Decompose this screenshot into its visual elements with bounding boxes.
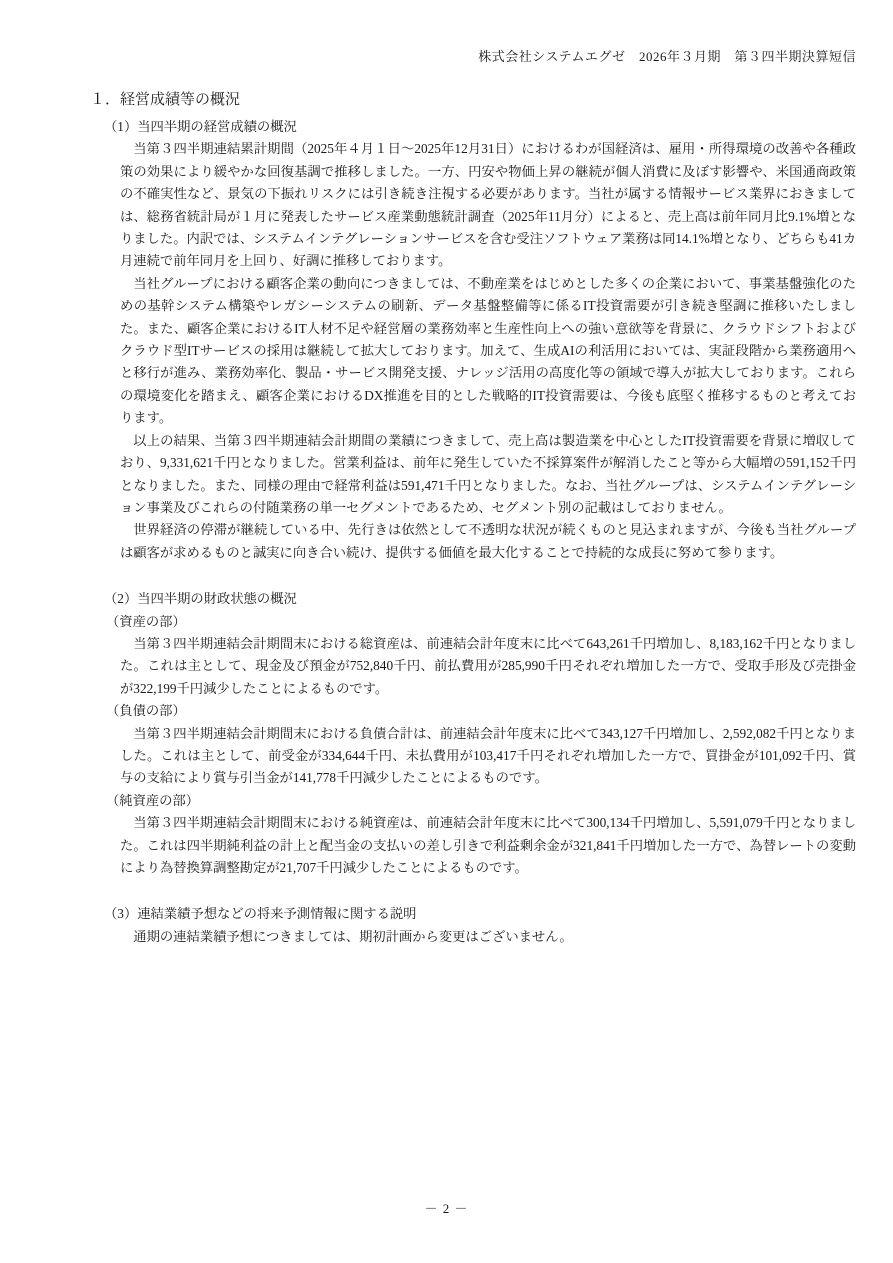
paragraph-results-figures: 以上の結果、当第３四半期連結会計期間の業績につきまして、売上高は製造業を中心とし… xyxy=(120,430,856,520)
subsection-3-title: （3）連結業績予想などの将来予測情報に関する説明 xyxy=(90,903,856,925)
paragraph-net-assets: 当第３四半期連結会計期間末における純資産は、前連結会計年度末に比べて300,13… xyxy=(120,812,856,879)
paragraph-outlook-statement: 世界経済の停滞が継続している中、先行きは依然として不透明な状況が続くものと見込ま… xyxy=(120,519,856,564)
paragraph-customer-trends: 当社グループにおける顧客企業の動向につきましては、不動産業をはじめとした多くの企… xyxy=(120,273,856,430)
paragraph-assets: 当第３四半期連結会計期間末における総資産は、前連結会計年度末に比べて643,26… xyxy=(120,633,856,700)
subsection-financial-position: （2）当四半期の財政状態の概況 （資産の部） 当第３四半期連結会計期間末における… xyxy=(90,588,856,879)
paragraph-forecast: 通期の連結業績予想につきましては、期初計画から変更はございません。 xyxy=(120,926,856,948)
subsection-forecast: （3）連結業績予想などの将来予測情報に関する説明 通期の連結業績予想につきまして… xyxy=(90,903,856,948)
subsection-1-paragraphs: 当第３四半期連結累計期間（2025年４月１日～2025年12月31日）におけるわ… xyxy=(90,138,856,564)
subsection-business-results: （1）当四半期の経営成績の概況 当第３四半期連結累計期間（2025年４月１日～2… xyxy=(90,116,856,564)
document-header: 株式会社システムエグゼ 2026年３月期 第３四半期決算短信 xyxy=(478,46,856,65)
section-1-title: １．経営成績等の概況 xyxy=(90,88,856,112)
subsection-1-title: （1）当四半期の経営成績の概況 xyxy=(90,116,856,138)
paragraph-liabilities: 当第３四半期連結会計期間末における負債合計は、前連結会計年度末に比べて343,1… xyxy=(120,723,856,790)
liabilities-label: （負債の部） xyxy=(90,700,856,722)
paragraph-economy-overview: 当第３四半期連結累計期間（2025年４月１日～2025年12月31日）におけるわ… xyxy=(120,138,856,272)
financial-part-liabilities: （負債の部） 当第３四半期連結会計期間末における負債合計は、前連結会計年度末に比… xyxy=(90,700,856,790)
subsection-2-title: （2）当四半期の財政状態の概況 xyxy=(90,588,856,610)
financial-part-net-assets: （純資産の部） 当第３四半期連結会計期間末における純資産は、前連結会計年度末に比… xyxy=(90,790,856,880)
page-number: － 2 － xyxy=(0,1198,893,1217)
document-page: 株式会社システムエグゼ 2026年３月期 第３四半期決算短信 １．経営成績等の概… xyxy=(0,0,893,1263)
document-body: １．経営成績等の概況 （1）当四半期の経営成績の概況 当第３四半期連結累計期間（… xyxy=(90,88,856,948)
financial-part-assets: （資産の部） 当第３四半期連結会計期間末における総資産は、前連結会計年度末に比べ… xyxy=(90,611,856,701)
net-assets-label: （純資産の部） xyxy=(90,790,856,812)
assets-label: （資産の部） xyxy=(90,611,856,633)
